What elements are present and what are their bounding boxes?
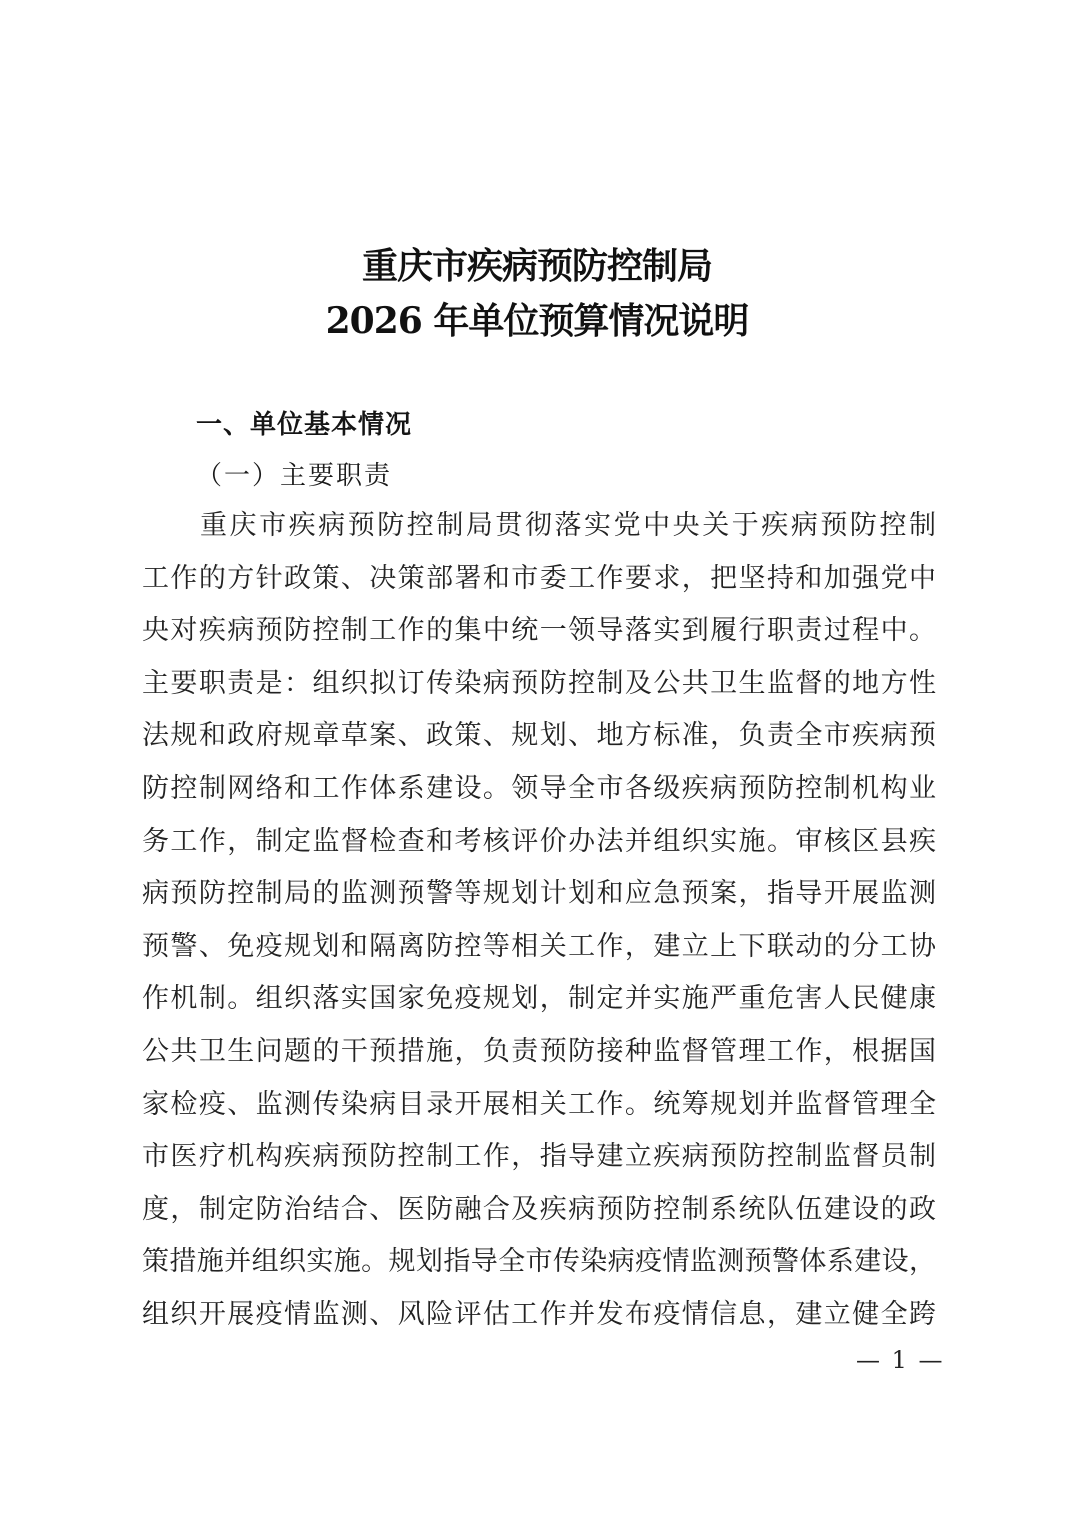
body-line: 策措施并组织实施。规划指导全市传染病疫情监测预警体系建设， — [142, 1240, 936, 1293]
body-line: 度，制定防治结合、医防融合及疾病预防控制系统队伍建设的政 — [142, 1188, 936, 1241]
body-line: 重庆市疾病预防控制局贯彻落实党中央关于疾病预防控制 — [142, 504, 936, 557]
body-line: 家检疫、监测传染病目录开展相关工作。统筹规划并监督管理全 — [142, 1083, 936, 1136]
document-page: 重庆市疾病预防控制局 2026 年单位预算情况说明 一、单位基本情况 （一）主要… — [0, 0, 1074, 1520]
body-line: 组织开展疫情监测、风险评估工作并发布疫情信息，建立健全跨 — [142, 1293, 936, 1346]
body-line: 法规和政府规章草案、政策、规划、地方标准，负责全市疾病预 — [142, 714, 936, 767]
body-line: 公共卫生问题的干预措施，负责预防接种监督管理工作，根据国 — [142, 1030, 936, 1083]
body-line: 防控制网络和工作体系建设。领导全市各级疾病预防控制机构业 — [142, 767, 936, 820]
document-title-line-1: 重庆市疾病预防控制局 — [0, 244, 1074, 288]
section-heading: 一、单位基本情况 — [196, 407, 412, 443]
body-line: 主要职责是：组织拟订传染病预防控制及公共卫生监督的地方性 — [142, 662, 936, 715]
body-line: 病预防控制局的监测预警等规划计划和应急预案，指导开展监测 — [142, 872, 936, 925]
body-line: 市医疗机构疾病预防控制工作，指导建立疾病预防控制监督员制 — [142, 1135, 936, 1188]
body-paragraph: 重庆市疾病预防控制局贯彻落实党中央关于疾病预防控制 工作的方针政策、决策部署和市… — [142, 504, 936, 1346]
document-title-line-2: 2026 年单位预算情况说明 — [0, 299, 1074, 343]
page-number: — 1 — — [856, 1345, 945, 1375]
body-line: 务工作，制定监督检查和考核评价办法并组织实施。审核区县疾 — [142, 820, 936, 873]
body-line: 工作的方针政策、决策部署和市委工作要求，把坚持和加强党中 — [142, 557, 936, 610]
body-line: 作机制。组织落实国家免疫规划，制定并实施严重危害人民健康 — [142, 977, 936, 1030]
body-line: 央对疾病预防控制工作的集中统一领导落实到履行职责过程中。 — [142, 609, 936, 662]
subsection-heading: （一）主要职责 — [196, 458, 392, 494]
body-line: 预警、免疫规划和隔离防控等相关工作，建立上下联动的分工协 — [142, 925, 936, 978]
